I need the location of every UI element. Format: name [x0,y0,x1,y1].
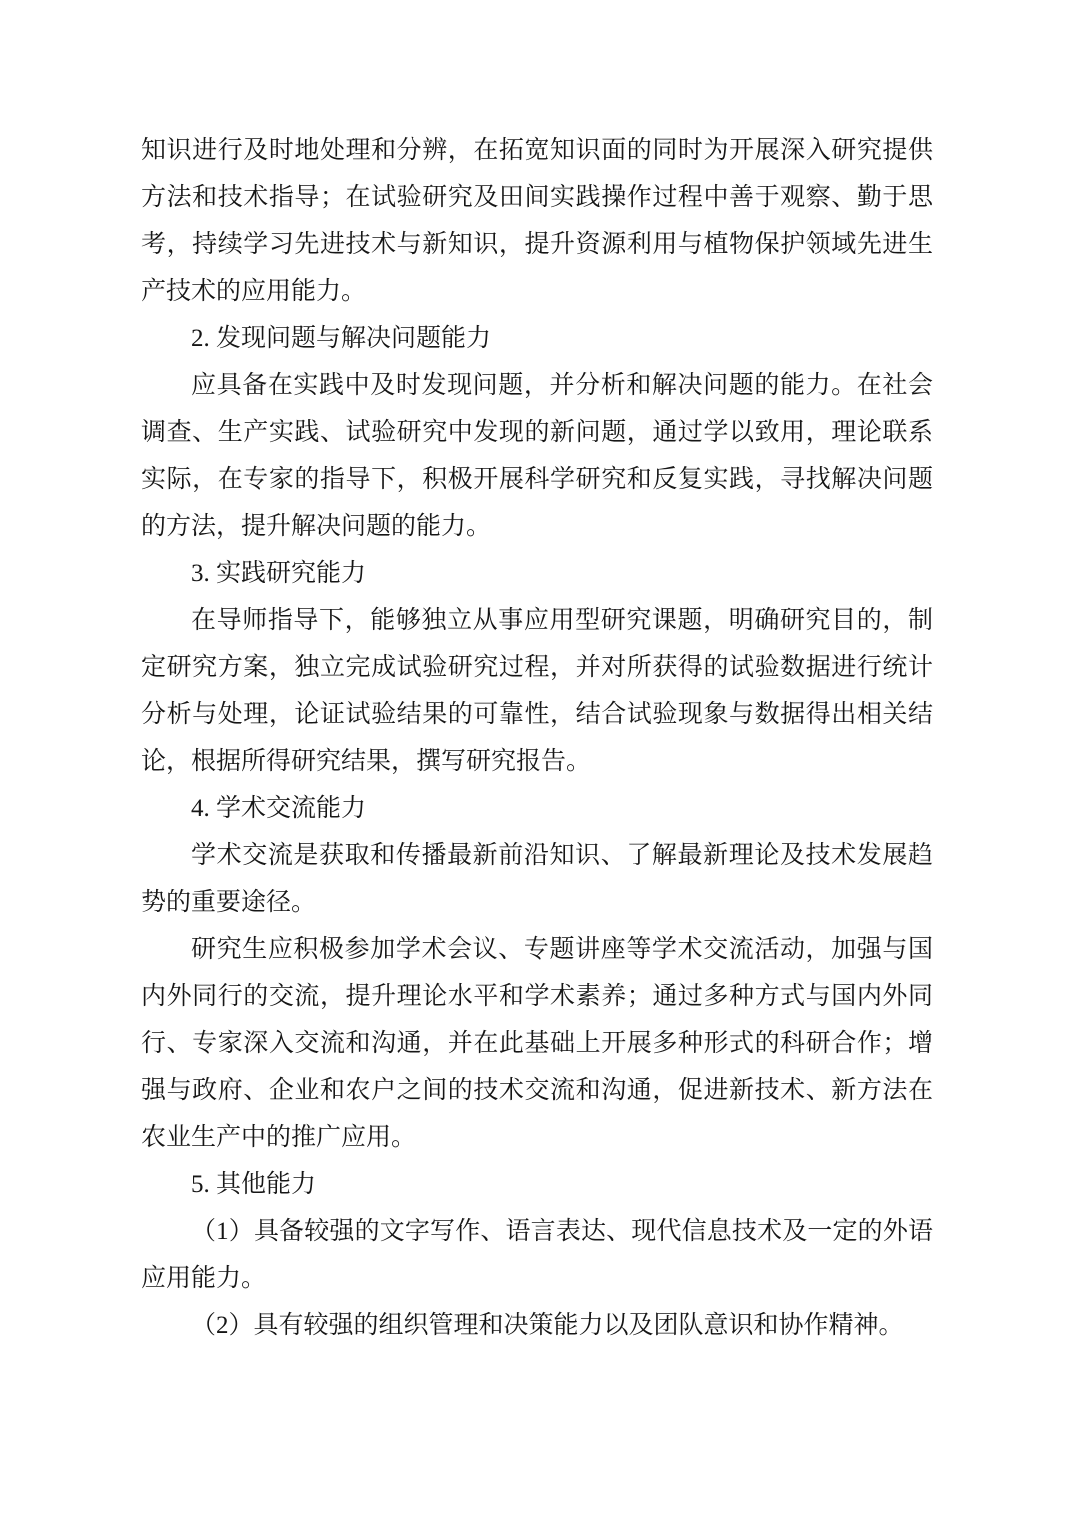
section-heading-3: 3. 实践研究能力 [141,550,933,597]
paragraph-section-2: 应具备在实践中及时发现问题，并分析和解决问题的能力。在社会调查、生产实践、试验研… [141,362,933,550]
document-page: 知识进行及时地处理和分辨，在拓宽知识面的同时为开展深入研究提供方法和技术指导；在… [0,0,1074,1520]
list-item-2: （2）具有较强的组织管理和决策能力以及团队意识和协作精神。 [141,1302,933,1349]
paragraph-section-3: 在导师指导下，能够独立从事应用型研究课题，明确研究目的，制定研究方案，独立完成试… [141,597,933,785]
paragraph-continued: 知识进行及时地处理和分辨，在拓宽知识面的同时为开展深入研究提供方法和技术指导；在… [141,127,933,315]
list-item-1: （1）具备较强的文字写作、语言表达、现代信息技术及一定的外语应用能力。 [141,1208,933,1302]
paragraph-section-4-detail: 研究生应积极参加学术会议、专题讲座等学术交流活动，加强与国内外同行的交流，提升理… [141,926,933,1161]
document-body: 知识进行及时地处理和分辨，在拓宽知识面的同时为开展深入研究提供方法和技术指导；在… [141,127,933,1349]
paragraph-section-4-intro: 学术交流是获取和传播最新前沿知识、了解最新理论及技术发展趋势的重要途径。 [141,832,933,926]
section-heading-5: 5. 其他能力 [141,1161,933,1208]
section-heading-4: 4. 学术交流能力 [141,785,933,832]
section-heading-2: 2. 发现问题与解决问题能力 [141,315,933,362]
